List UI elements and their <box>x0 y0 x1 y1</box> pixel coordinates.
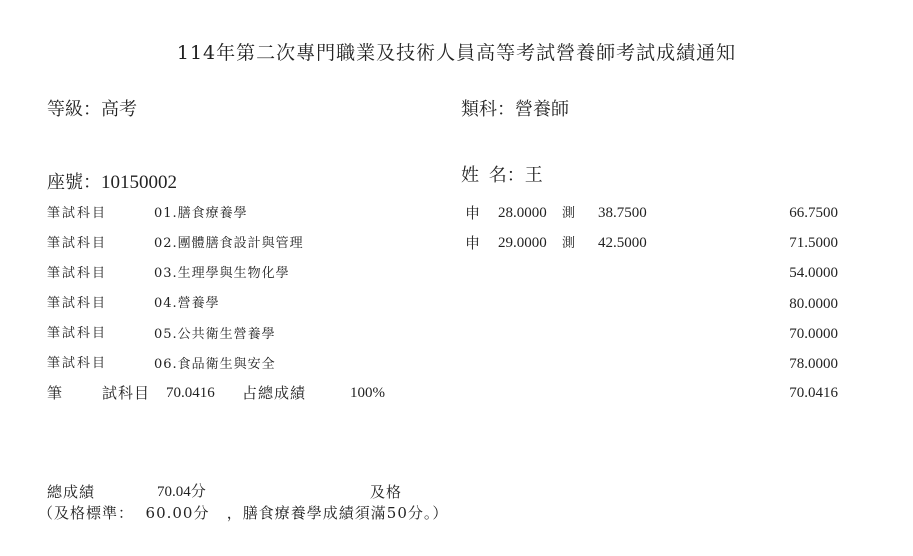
seat-value: 10150002 <box>101 172 177 193</box>
subject-score: 71.5000 <box>740 236 838 251</box>
subject-score-b: 42.5000 <box>598 236 647 251</box>
subject-score: 66.7500 <box>740 206 838 221</box>
subject-type: 筆試科目 <box>47 267 107 280</box>
total-value: 70.04分 <box>157 485 206 500</box>
subject-type: 筆試科目 <box>47 237 107 250</box>
candidate-name: 姓 名：王 <box>461 167 543 185</box>
subject-flag: 申 <box>465 206 480 221</box>
level-label: 等級： <box>47 99 101 120</box>
exam-level: 等級：高考 <box>47 101 137 119</box>
subject-score-b: 38.7500 <box>598 206 647 221</box>
subject-mark: 測 <box>562 237 575 250</box>
category-label: 類科： <box>461 99 515 120</box>
category-value: 營養師 <box>515 99 569 120</box>
seat-label: 座號： <box>47 172 101 193</box>
subject-type: 筆試科目 <box>47 357 107 370</box>
subject-score: 80.0000 <box>740 297 838 312</box>
subject-name: 05.公共衛生營養學 <box>154 328 276 341</box>
name-value: 王 <box>525 165 543 186</box>
total-label: 總成績 <box>47 485 95 500</box>
subject-score: 70.0000 <box>740 327 838 342</box>
seat-number: 座號：10150002 <box>47 173 177 192</box>
exam-category: 類科：營養師 <box>461 101 569 119</box>
summary-label-b: 試科目 <box>102 386 150 401</box>
subject-type: 筆試科目 <box>47 327 107 340</box>
pass-standard: （及格標準： 60.00分 ，膳食療養學成績須滿50分。） <box>38 506 448 521</box>
summary-average: 70.0416 <box>166 386 215 401</box>
pass-result: 及格 <box>370 485 402 500</box>
level-value: 高考 <box>101 99 137 120</box>
summary-label-a: 筆 <box>47 386 62 401</box>
name-label: 姓 名： <box>461 165 525 186</box>
subject-name: 03.生理學與生物化學 <box>154 267 290 280</box>
subject-name: 01.膳食療養學 <box>154 207 248 220</box>
summary-weight: 100% <box>350 386 385 401</box>
summary-score: 70.0416 <box>740 386 838 401</box>
subject-name: 04.營養學 <box>154 297 220 310</box>
subject-name: 06.食品衛生與安全 <box>154 358 276 371</box>
subject-score-a: 28.0000 <box>498 206 547 221</box>
subject-type: 筆試科目 <box>47 297 107 310</box>
subject-score: 54.0000 <box>740 266 838 281</box>
subject-score-a: 29.0000 <box>498 236 547 251</box>
subject-score: 78.0000 <box>740 357 838 372</box>
subject-flag: 申 <box>465 236 480 251</box>
summary-weight-label: 占總成績 <box>242 386 306 401</box>
subject-type: 筆試科目 <box>47 207 107 220</box>
subject-mark: 測 <box>562 207 575 220</box>
page-title: 114年第二次專門職業及技術人員高等考試營養師考試成績通知 <box>0 44 913 63</box>
subject-name: 02.團體膳食設計與管理 <box>154 237 304 250</box>
